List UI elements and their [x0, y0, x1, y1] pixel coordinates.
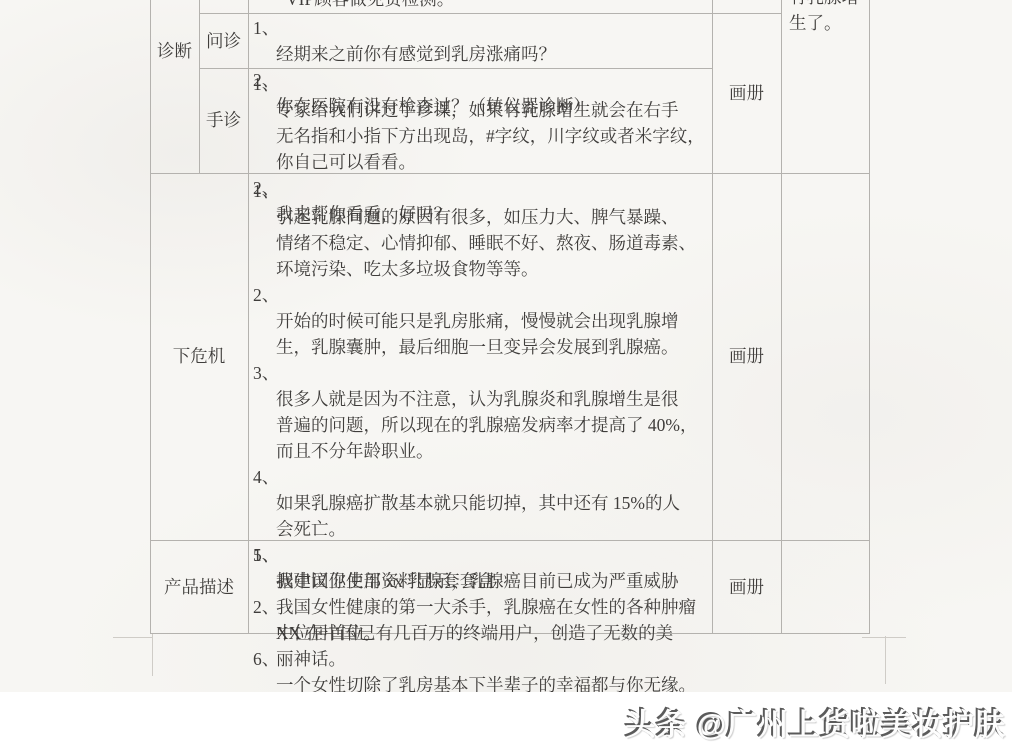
item-number: 1、 [253, 15, 279, 41]
item-number: 1、 [253, 178, 279, 204]
document-photo-page: VIP顾客做免费检测。 有乳腺增 生了。 诊断 问诊 手诊 下危机 产品描述 1… [0, 0, 1012, 752]
grid-line-horizontal-top-row [199, 13, 782, 14]
item-text: 很多人就是因为不注意，认为乳腺炎和乳腺增生是很 普遍的问题，所以现在的乳腺癌发病… [276, 389, 697, 461]
item-number: 4、 [253, 464, 279, 490]
grid-line-vertical-sublabel [199, 0, 200, 173]
item-text: 经期来之前你有感觉到乳房涨痛吗？ [276, 44, 556, 64]
grid-line-vertical-left [150, 0, 151, 633]
list-item: 2、XX 在中国已有几百万的终端用户，创造了无数的美 丽神话。 [248, 594, 712, 672]
fragment-line-vertical-left [152, 634, 153, 676]
row-label-shouzhen: 手诊 [199, 109, 248, 131]
fragment-line-vertical-right [885, 636, 886, 684]
item-text: 专家给我们讲过手诊课，如果有乳腺增生就会在右手 无名指和小指下方出现岛，#字纹，… [276, 100, 705, 172]
carryover-note: 有乳腺增 生了。 [789, 0, 867, 36]
item-text: 开始的时候可能只是乳房胀痛，慢慢就会出现乳腺增 生，乳腺囊肿，最后细胞一旦变异会… [276, 311, 679, 357]
row-label-zhenduan: 诊断 [150, 40, 199, 62]
row-label-xiaweiji: 下危机 [150, 345, 248, 367]
item-number: 1、 [253, 71, 279, 97]
list-item: 1、引起乳腺问题的原因有很多，如压力大、脾气暴躁、 情绪不稳定、心情抑郁、睡眠不… [248, 178, 712, 282]
fragment-line-left-stub [113, 637, 153, 638]
media-cell-chanpinmiaoshu: 画册 [712, 576, 781, 598]
carryover-script-line: VIP顾客做免费检测。 [286, 0, 706, 12]
item-text: XX 在中国已有几百万的终端用户，创造了无数的美 丽神话。 [276, 623, 673, 669]
item-number: 1、 [253, 542, 279, 568]
photo-paper-area: VIP顾客做免费检测。 有乳腺增 生了。 诊断 问诊 手诊 下危机 产品描述 1… [0, 0, 1012, 692]
row-label-wenzhen: 问诊 [199, 30, 248, 52]
list-item: 3、很多人就是因为不注意，认为乳腺炎和乳腺增生是很 普遍的问题，所以现在的乳腺癌… [248, 360, 712, 464]
item-text: 一个女性切除了乳房基本下半辈子的幸福都与你无缘。 [276, 675, 696, 692]
chanpinmiaoshu-item-list: 1、我建议你使用 xx 乳腺套套盒 2、XX 在中国已有几百万的终端用户，创造了… [248, 542, 712, 672]
grid-line-vertical-right [869, 0, 870, 633]
list-item: 1、经期来之前你有感觉到乳房涨痛吗？ [248, 15, 712, 67]
media-cell-shouzhen: 画册 [712, 82, 781, 104]
item-text: 我建议你使用 xx 乳腺套套盒 [276, 571, 495, 591]
item-number: 3、 [253, 360, 279, 386]
item-text: 引起乳腺问题的原因有很多，如压力大、脾气暴躁、 情绪不稳定、心情抑郁、睡眠不好、… [276, 207, 696, 279]
list-item: 1、我建议你使用 xx 乳腺套套盒 [248, 542, 712, 594]
list-item: 4、如果乳腺癌扩散基本就只能切掉，其中还有 15%的人 会死亡。 [248, 464, 712, 542]
item-number: 2、 [253, 282, 279, 308]
fragment-line-right-stub [862, 637, 906, 638]
row-label-chanpinmiaoshu: 产品描述 [150, 576, 248, 598]
list-item: 1、专家给我们讲过手诊课，如果有乳腺增生就会在右手 无名指和小指下方出现岛，#字… [248, 71, 712, 175]
grid-line-vertical-notes-left [781, 0, 782, 633]
item-text: 如果乳腺癌扩散基本就只能切掉，其中还有 15%的人 会死亡。 [276, 493, 680, 539]
item-number: 2、 [253, 594, 279, 620]
list-item: 2、开始的时候可能只是乳房胀痛，慢慢就会出现乳腺增 生，乳腺囊肿，最后细胞一旦变… [248, 282, 712, 360]
watermark-text: 头条 @广州上货啦美妆护肤 [625, 700, 1006, 744]
media-cell-xiaweiji: 画册 [712, 345, 781, 367]
